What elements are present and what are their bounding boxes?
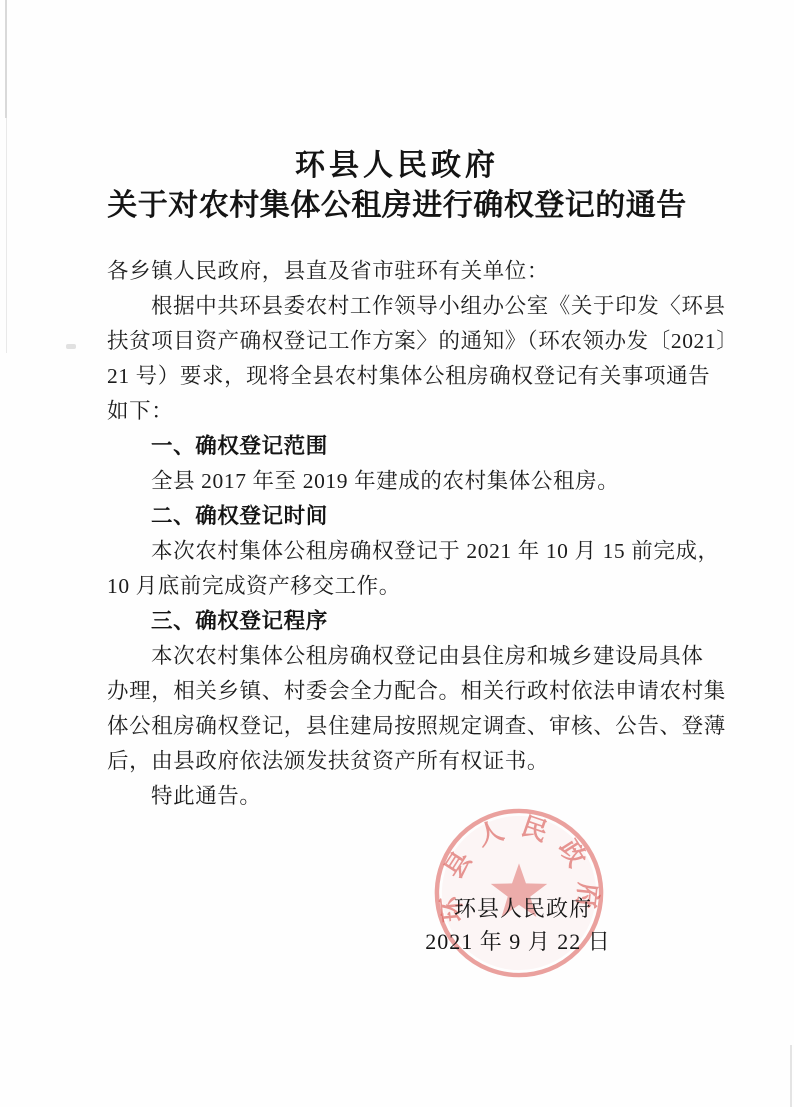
section-heading-3: 三、确权登记程序 bbox=[107, 604, 703, 639]
title-subject: 关于对农村集体公租房进行确权登记的通告 bbox=[0, 186, 794, 226]
body-line: 办理，相关乡镇、村委会全力配合。相关行政村依法申请农村集 bbox=[107, 674, 703, 709]
scan-artifact-speck bbox=[66, 344, 76, 349]
document-body: 各乡镇人民政府，县直及省市驻环有关单位： 根据中共环县委农村工作领导小组办公室《… bbox=[107, 254, 703, 814]
scan-artifact-right-line bbox=[790, 1045, 792, 1107]
closing-line: 特此通告。 bbox=[107, 779, 703, 814]
body-line: 扶贫项目资产确权登记工作方案〉的通知》（环农领办发〔2021〕 bbox=[107, 324, 703, 359]
body-line: 根据中共环县委农村工作领导小组办公室《关于印发〈环县 bbox=[107, 289, 703, 324]
scanned-document-page: 环县人民政府 关于对农村集体公租房进行确权登记的通告 各乡镇人民政府，县直及省市… bbox=[0, 0, 794, 1107]
body-line: 全县 2017 年至 2019 年建成的农村集体公租房。 bbox=[107, 464, 703, 499]
body-line: 体公租房确权登记，县住建局按照规定调查、审核、公告、登薄 bbox=[107, 709, 703, 744]
body-line: 如下： bbox=[107, 394, 703, 429]
signature-issuer: 环县人民政府 bbox=[423, 892, 623, 923]
body-line: 本次农村集体公租房确权登记由县住房和城乡建设局具体 bbox=[107, 639, 703, 674]
salutation-line: 各乡镇人民政府，县直及省市驻环有关单位： bbox=[107, 254, 703, 289]
section-heading-2: 二、确权登记时间 bbox=[107, 499, 703, 534]
body-line: 21 号）要求，现将全县农村集体公租房确权登记有关事项通告 bbox=[107, 359, 703, 394]
section-heading-1: 一、确权登记范围 bbox=[107, 429, 703, 464]
document-title: 环县人民政府 关于对农村集体公租房进行确权登记的通告 bbox=[0, 146, 794, 226]
signature-date: 2021 年 9 月 22 日 bbox=[408, 925, 628, 956]
scan-artifact-left-line bbox=[5, 0, 7, 118]
body-line: 后，由县政府依法颁发扶贫资产所有权证书。 bbox=[107, 744, 703, 779]
title-issuer: 环县人民政府 bbox=[0, 146, 794, 186]
body-line: 10 月底前完成资产移交工作。 bbox=[107, 569, 703, 604]
body-line: 本次农村集体公租房确权登记于 2021 年 10 月 15 前完成， bbox=[107, 534, 703, 569]
